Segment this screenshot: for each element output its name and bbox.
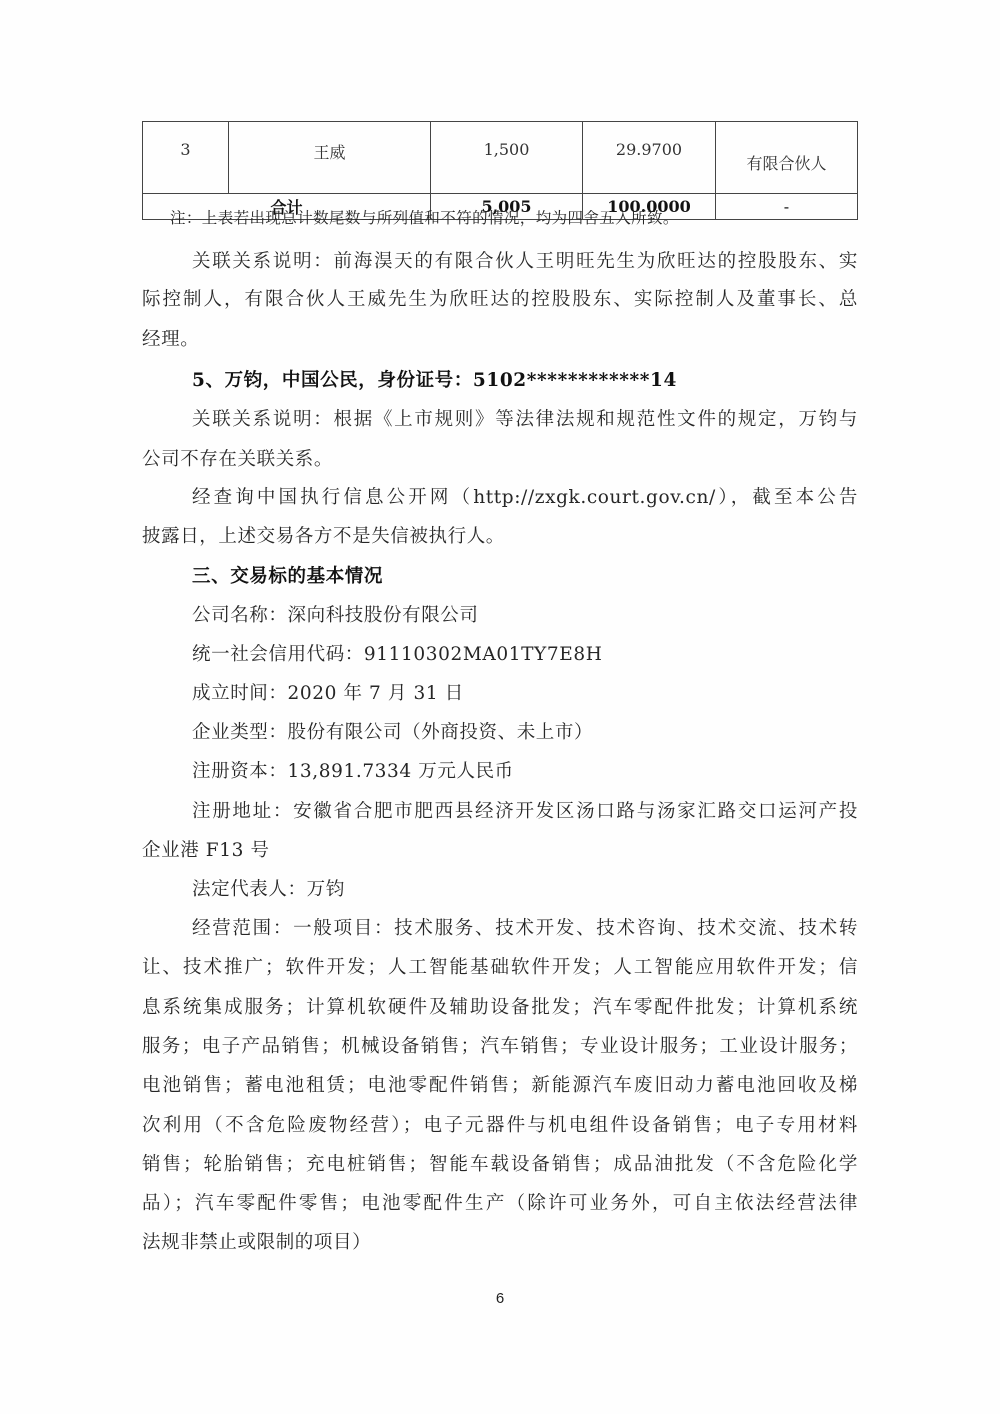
business-scope-line: 让、技术推广；软件开发；人工智能基础软件开发；人工智能应用软件开发；信 bbox=[142, 956, 858, 980]
business-scope-line: 息系统集成服务；计算机软硬件及辅助设备批发；汽车零配件批发；计算机系统 bbox=[142, 996, 858, 1020]
table-row: 3 王威 1,500 29.9700 有限合伙人 bbox=[143, 122, 858, 194]
section5-relation-line: 公司不存在关联关系。 bbox=[142, 448, 858, 472]
legal-representative: 法定代表人：万钧 bbox=[192, 878, 858, 902]
business-scope-line: 法规非禁止或限制的项目） bbox=[142, 1231, 858, 1255]
established-date: 成立时间：2020 年 7 月 31 日 bbox=[192, 682, 858, 706]
partner-type: 有限合伙人 bbox=[716, 122, 858, 194]
business-scope-line: 经营范围：一般项目：技术服务、技术开发、技术咨询、技术交流、技术转 bbox=[192, 917, 858, 941]
relation-text-line: 际控制人，有限合伙人王威先生为欣旺达的控股股东、实际控制人及董事长、总 bbox=[142, 288, 858, 312]
enterprise-type: 企业类型：股份有限公司（外商投资、未上市） bbox=[192, 721, 858, 745]
page-number: 6 bbox=[0, 1290, 1000, 1307]
business-scope-line: 销售；轮胎销售；充电桩销售；智能车载设备销售；成品油批发（不含危险化学 bbox=[142, 1153, 858, 1177]
contribution-amount: 1,500 bbox=[431, 122, 583, 194]
registered-capital: 注册资本：13,891.7334 万元人民币 bbox=[192, 760, 858, 784]
section3-heading: 三、交易标的基本情况 bbox=[192, 565, 858, 589]
registered-address-line: 注册地址：安徽省合肥市肥西县经济开发区汤口路与汤家汇路交口运河产投 bbox=[192, 800, 858, 824]
court-check-line: 披露日，上述交易各方不是失信被执行人。 bbox=[142, 525, 858, 549]
business-scope-line: 品）；汽车零配件零售；电池零配件生产（除许可业务外，可自主依法经营法律 bbox=[142, 1192, 858, 1216]
partner-name: 王威 bbox=[229, 122, 431, 194]
company-name: 公司名称：深向科技股份有限公司 bbox=[192, 604, 858, 628]
row-index: 3 bbox=[143, 122, 229, 194]
business-scope-line: 服务；电子产品销售；机械设备销售；汽车销售；专业设计服务；工业设计服务； bbox=[142, 1035, 858, 1059]
business-scope-line: 电池销售；蓄电池租赁；电池零配件销售；新能源汽车废旧动力蓄电池回收及梯 bbox=[142, 1074, 858, 1098]
credit-code: 统一社会信用代码：91110302MA01TY7E8H bbox=[192, 643, 858, 667]
section5-heading: 5、万钧，中国公民，身份证号：5102************14 bbox=[192, 369, 858, 393]
relation-text-line: 关联关系说明：前海淏天的有限合伙人王明旺先生为欣旺达的控股股东、实 bbox=[192, 250, 858, 274]
contribution-ratio: 29.9700 bbox=[583, 122, 716, 194]
court-check-line: 经查询中国执行信息公开网（http://zxgk.court.gov.cn/），… bbox=[192, 486, 858, 510]
registered-address-line: 企业港 F13 号 bbox=[142, 839, 858, 863]
document-page: 3 王威 1,500 29.9700 有限合伙人 合计 5,005 100.00… bbox=[0, 0, 1000, 1414]
relation-text-line: 经理。 bbox=[142, 328, 858, 352]
section5-relation-line: 关联关系说明：根据《上市规则》等法律法规和规范性文件的规定，万钧与 bbox=[192, 408, 858, 432]
table-note: 注：上表若出现总计数尾数与所列值和不符的情况，均为四舍五入所致。 bbox=[170, 206, 886, 230]
business-scope-line: 次利用（不含危险废物经营）；电子元器件与机电组件设备销售；电子专用材料 bbox=[142, 1114, 858, 1138]
